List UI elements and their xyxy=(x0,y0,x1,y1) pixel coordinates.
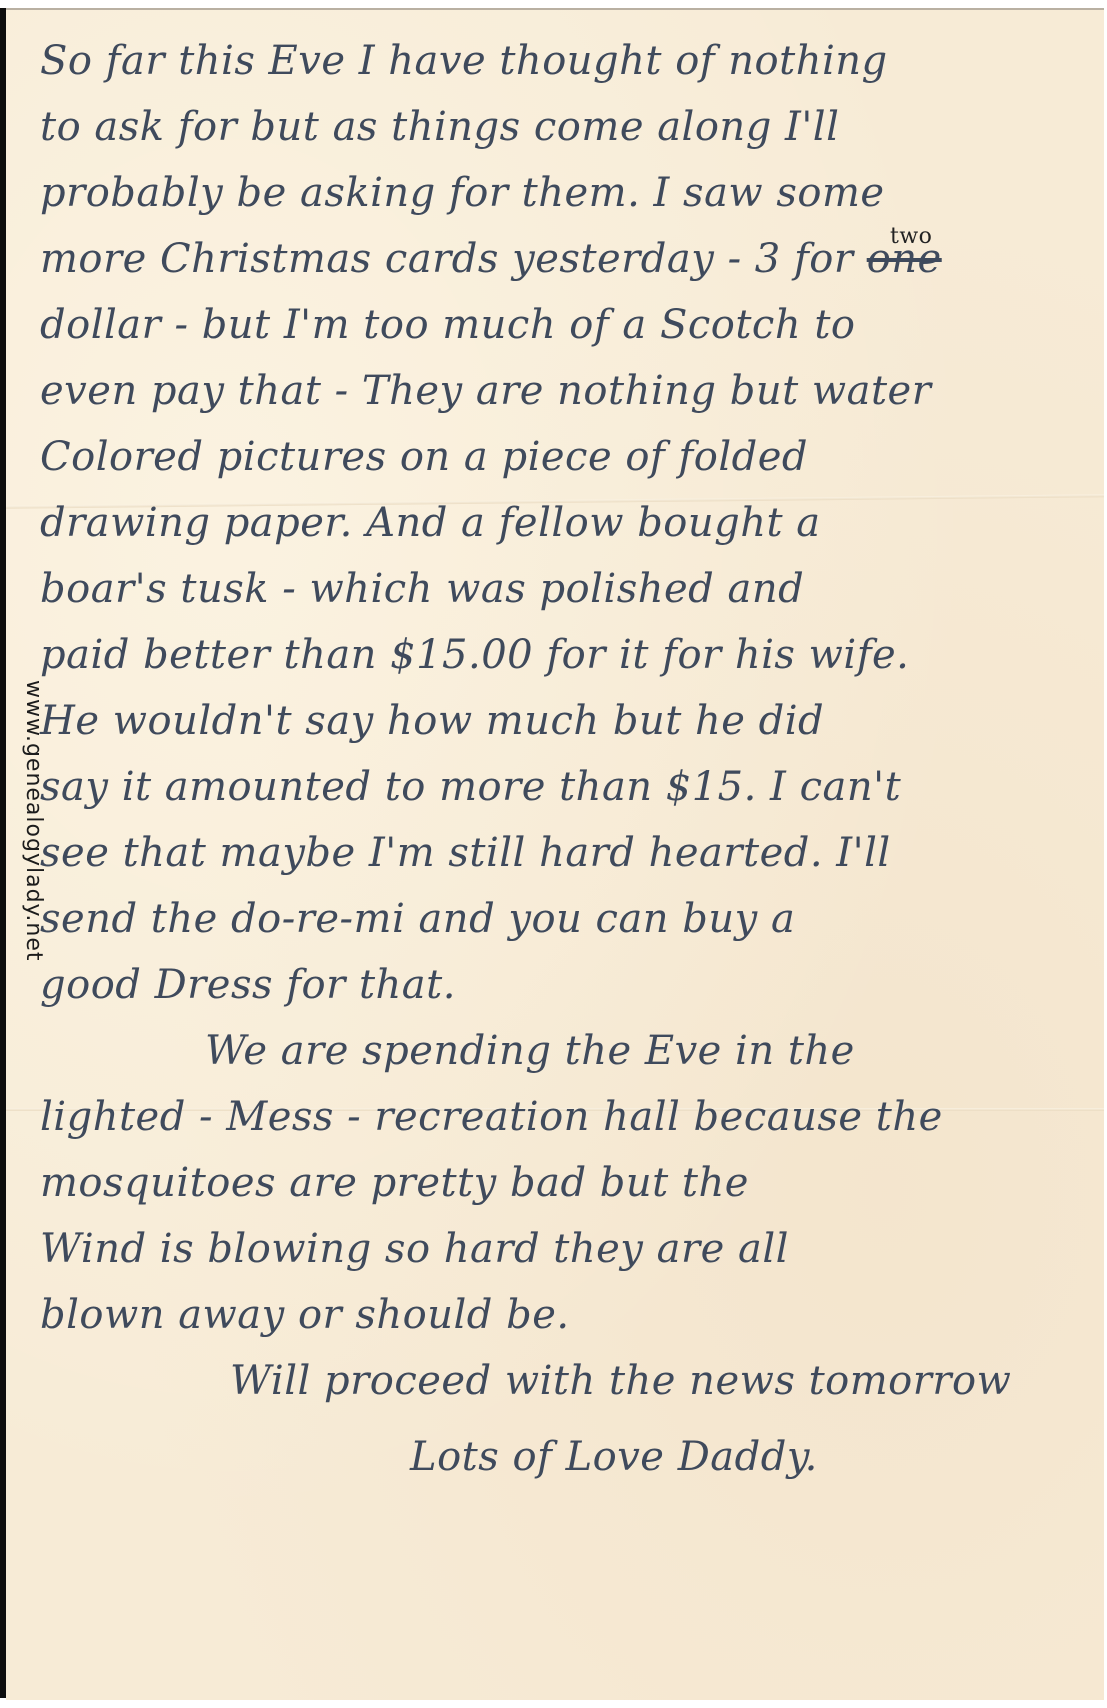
letter-line: Wind is blowing so hard they are all xyxy=(40,1216,1080,1282)
letter-line: Colored pictures on a piece of folded xyxy=(40,424,1080,490)
letter-line: see that maybe I'm still hard hearted. I… xyxy=(40,820,1080,886)
letter-line: He wouldn't say how much but he did xyxy=(40,688,1080,754)
letter-line-text: more Christmas cards yesterday - 3 for xyxy=(40,236,853,282)
letter-line: So far this Eve I have thought of nothin… xyxy=(40,28,1080,94)
letter-line-with-correction: more Christmas cards yesterday - 3 for o… xyxy=(40,226,1080,292)
letter-line: boar's tusk - which was polished and xyxy=(40,556,1080,622)
letter-line: even pay that - They are nothing but wat… xyxy=(40,358,1080,424)
letter-line: lighted - Mess - recreation hall because… xyxy=(40,1084,1080,1150)
letter-line: dollar - but I'm too much of a Scotch to xyxy=(40,292,1080,358)
letter-line: Will proceed with the news tomorrow xyxy=(40,1348,1080,1414)
letter-line: mosquitoes are pretty bad but the xyxy=(40,1150,1080,1216)
letter-line: good Dress for that. xyxy=(40,952,1080,1018)
letter-signature: Lots of Love Daddy. xyxy=(40,1424,1080,1490)
letter-line: We are spending the Eve in the xyxy=(40,1018,1080,1084)
letter-line: drawing paper. And a fellow bought a xyxy=(40,490,1080,556)
inserted-word: two xyxy=(890,204,932,270)
letter-line: paid better than $15.00 for it for his w… xyxy=(40,622,1080,688)
letter-line: send the do-re-mi and you can buy a xyxy=(40,886,1080,952)
letter-line: blown away or should be. xyxy=(40,1282,1080,1348)
letter-line: say it amounted to more than $15. I can'… xyxy=(40,754,1080,820)
letter-body: So far this Eve I have thought of nothin… xyxy=(40,28,1080,1490)
letter-line: to ask for but as things come along I'll xyxy=(40,94,1080,160)
